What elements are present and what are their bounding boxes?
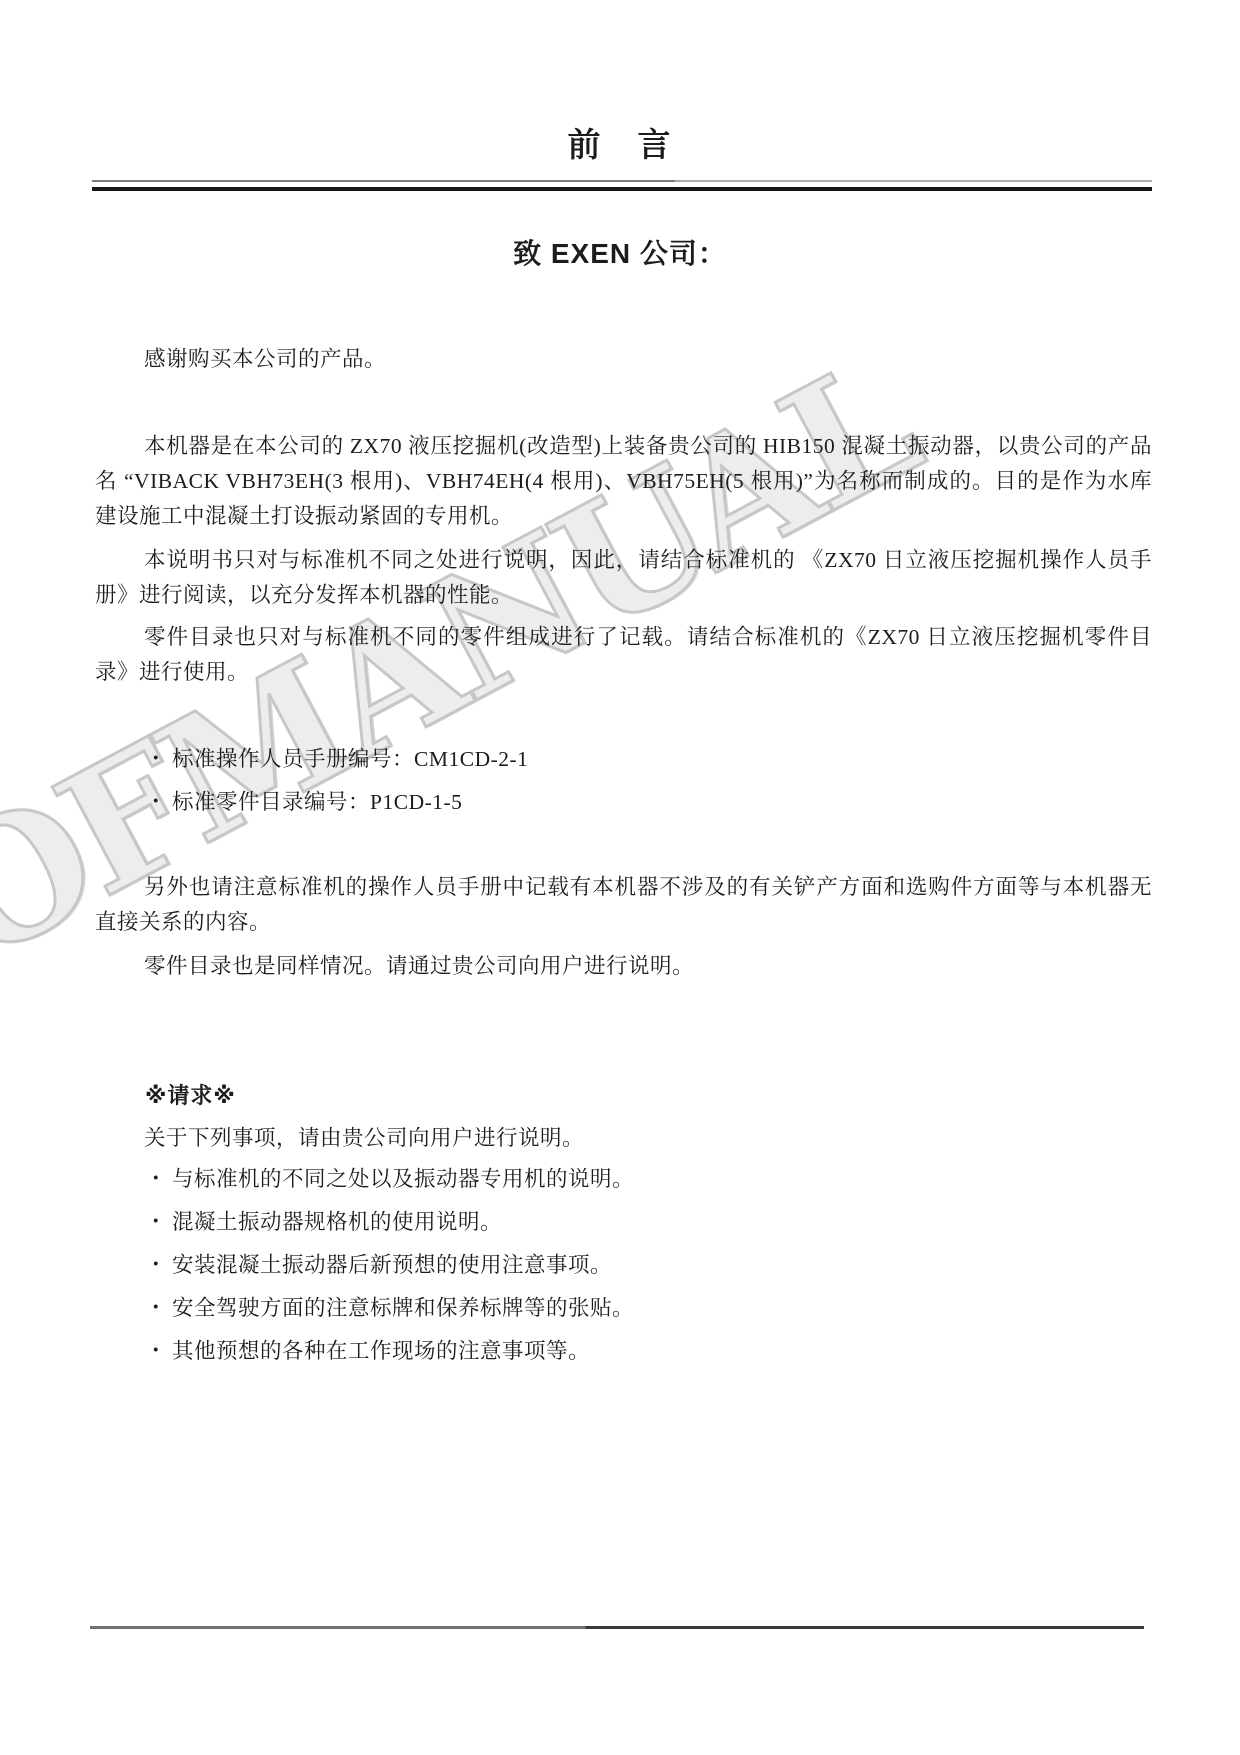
manual-ref-text: 标准零件目录编号：P1CD-1-5 — [172, 790, 462, 814]
paragraph-parts-catalog: 零件目录也只对与标准机不同的零件组成进行了记载。请结合标准机的《ZX70 日立液… — [95, 620, 1152, 690]
list-item: ・混凝土振动器规格机的使用说明。 — [145, 1201, 1152, 1244]
request-intro: 关于下列事项，请由贵公司向用户进行说明。 — [144, 1121, 1152, 1156]
bullet-marker: ・ — [145, 1167, 167, 1191]
paragraph-operator-manual: 本说明书只对与标准机不同之处进行说明，因此，请结合标准机的 《ZX70 日立液压… — [95, 543, 1152, 613]
list-item: ・标准零件目录编号：P1CD-1-5 — [145, 781, 1152, 824]
header-rule-thick — [92, 187, 1152, 191]
bullet-marker: ・ — [145, 1339, 167, 1363]
request-heading: ※请求※ — [145, 1078, 236, 1113]
manual-ref-text: 标准操作人员手册编号：CM1CD-2-1 — [172, 747, 528, 771]
salutation-heading: 致 EXEN 公司： — [0, 239, 1240, 269]
list-item: ・安全驾驶方面的注意标牌和保养标牌等的张贴。 — [145, 1287, 1152, 1330]
list-item: ・标准操作人员手册编号：CM1CD-2-1 — [145, 738, 1152, 781]
paragraph-machine-description: 本机器是在本公司的 ZX70 液压挖掘机(改造型)上装备贵公司的 HIB150 … — [95, 429, 1152, 534]
page-content: 前 言 致 EXEN 公司： 感谢购买本公司的产品。 本机器是在本公司的 ZX7… — [0, 0, 1240, 1755]
bullet-marker: ・ — [145, 1296, 167, 1320]
request-item-text: 安全驾驶方面的注意标牌和保养标牌等的张贴。 — [172, 1296, 634, 1320]
list-item: ・其他预想的各种在工作现场的注意事项等。 — [145, 1330, 1152, 1373]
header-rule-thin — [92, 180, 1152, 182]
request-item-text: 与标准机的不同之处以及振动器专用机的说明。 — [172, 1167, 634, 1191]
manual-preface-page: { "document": { "title": "前 言", "salutat… — [0, 0, 1240, 1755]
paragraph-thanks: 感谢购买本公司的产品。 — [95, 342, 1152, 377]
footer-rule — [90, 1626, 1144, 1629]
paragraph-parts-note: 零件目录也是同样情况。请通过贵公司向用户进行说明。 — [95, 949, 1152, 984]
bullet-marker: ・ — [145, 1210, 167, 1234]
bullet-marker: ・ — [145, 790, 167, 814]
request-item-text: 混凝土振动器规格机的使用说明。 — [172, 1210, 502, 1234]
list-item: ・与标准机的不同之处以及振动器专用机的说明。 — [145, 1158, 1152, 1201]
request-item-text: 其他预想的各种在工作现场的注意事项等。 — [172, 1339, 590, 1363]
bullet-marker: ・ — [145, 747, 167, 771]
request-item-text: 安装混凝土振动器后新预想的使用注意事项。 — [172, 1253, 612, 1277]
manual-reference-list: ・标准操作人员手册编号：CM1CD-2-1 ・标准零件目录编号：P1CD-1-5 — [145, 738, 1152, 824]
bullet-marker: ・ — [145, 1253, 167, 1277]
list-item: ・安装混凝土振动器后新预想的使用注意事项。 — [145, 1244, 1152, 1287]
paragraph-additional-note: 另外也请注意标准机的操作人员手册中记载有本机器不涉及的有关铲产方面和选购件方面等… — [95, 870, 1152, 940]
request-item-list: ・与标准机的不同之处以及振动器专用机的说明。 ・混凝土振动器规格机的使用说明。 … — [145, 1158, 1152, 1373]
page-title: 前 言 — [0, 127, 1240, 163]
